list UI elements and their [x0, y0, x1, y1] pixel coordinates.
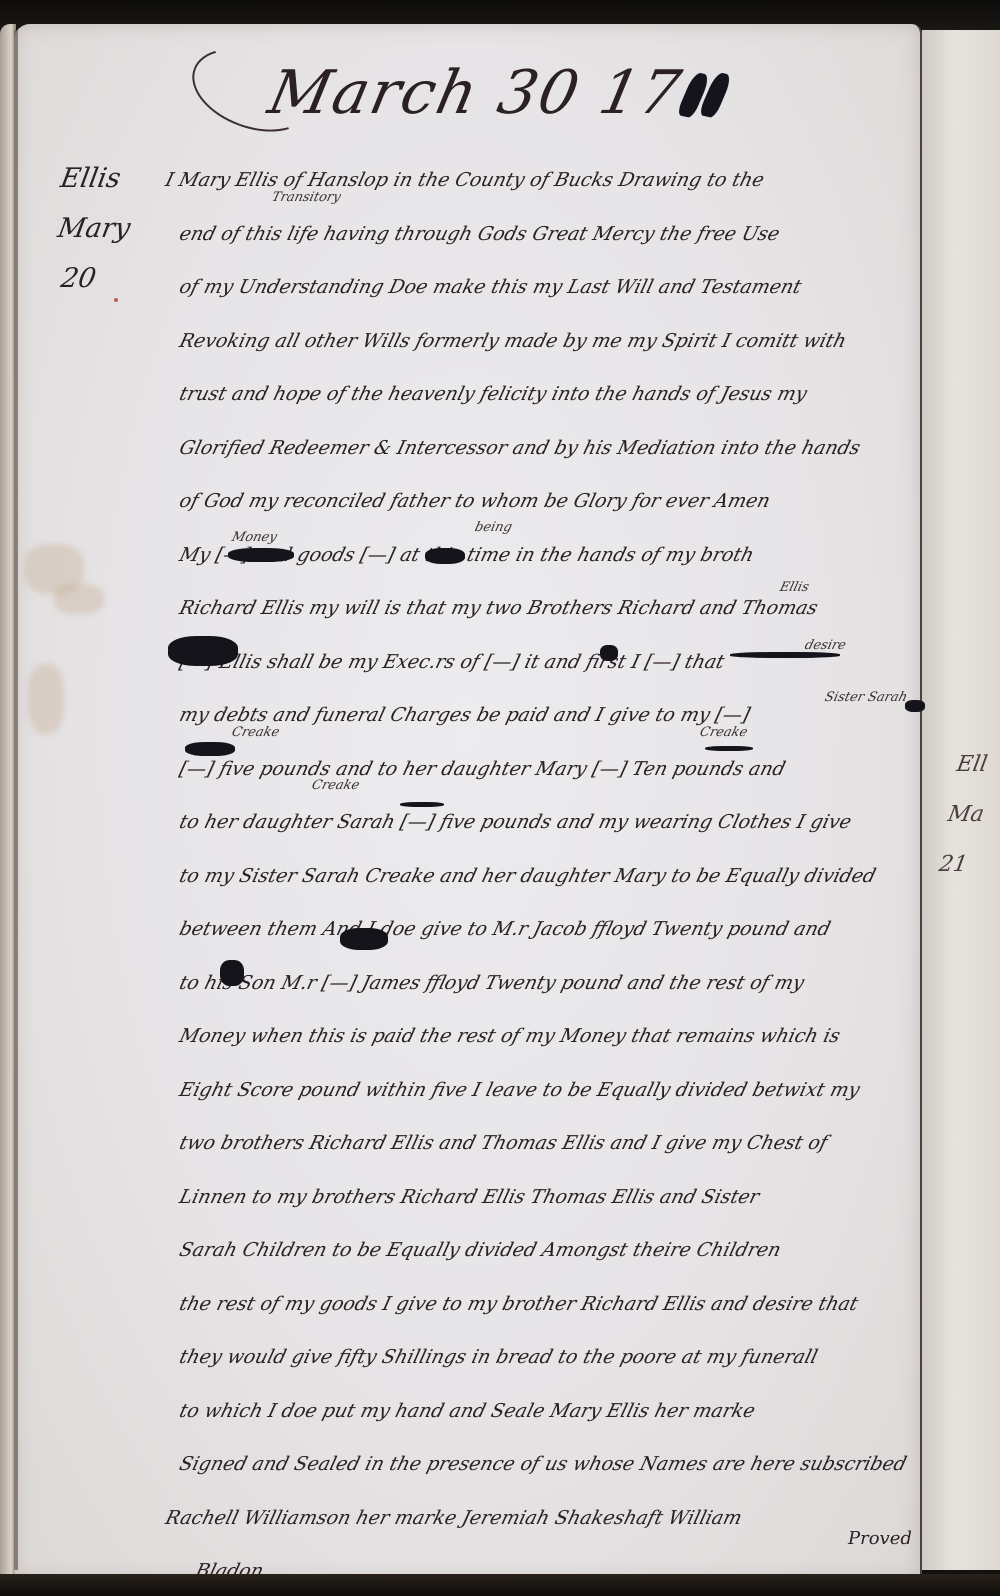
water-stain [28, 664, 64, 734]
text-line: to her daughter Sarah [—] five pounds an… [160, 792, 933, 846]
interlinear-insertion: being [473, 520, 514, 535]
text-line: Revoking all other Wills formerly made b… [160, 311, 933, 365]
will-text: I Mary Ellis of Hanslop in the County of… [160, 150, 920, 1595]
ink-strikethrough [730, 652, 840, 658]
ink-redaction [228, 548, 294, 562]
text-line: Money when this is paid the rest of my M… [160, 1006, 933, 1060]
text-line: [—] five pounds and to her daughter Mary… [160, 739, 933, 793]
ink-blot [340, 928, 388, 950]
heading-text: March 30 17 [263, 58, 689, 128]
ink-strikethrough [400, 802, 444, 807]
text-line: Richard Ellis my will is that my two Bro… [160, 578, 933, 632]
facing-margin-forename: Ma [944, 790, 1000, 840]
text-line: end of this life having through Gods Gre… [160, 204, 933, 258]
interlinear-insertion: Transitory [270, 190, 342, 205]
interlinear-insertion: desire [803, 638, 848, 653]
text-line: to his Son M.r [—] James ffloyd Twenty p… [160, 953, 933, 1007]
manuscript-scan: March 30 17 Ellis Mary 20 I Mary Ellis o… [0, 0, 1000, 1596]
water-stain [54, 584, 104, 614]
interlinear-insertion: Sister Sarah [823, 690, 909, 705]
facing-margin-surname: Ell [952, 740, 1000, 790]
page-heading-date: March 30 17 [263, 58, 733, 128]
text-line: the rest of my goods I give to my brothe… [160, 1274, 933, 1328]
text-line: Glorified Redeemer & Intercessor and by … [160, 418, 933, 472]
proved-mark: Proved [848, 1528, 912, 1549]
interlinear-insertion: Money [230, 530, 278, 545]
text-line: Linnen to my brothers Richard Ellis Thom… [160, 1167, 933, 1221]
margin-number: 20 [39, 254, 128, 304]
red-tick-mark [114, 298, 118, 302]
text-line: Signed and Sealed in the presence of us … [160, 1434, 933, 1488]
margin-surname: Ellis [56, 154, 145, 204]
text-line: to which I doe put my hand and Seale Mar… [160, 1381, 933, 1435]
ink-redaction [185, 742, 235, 756]
text-line: of God my reconciled father to whom be G… [160, 471, 933, 525]
facing-margin-number: 21 [935, 840, 994, 890]
interlinear-insertion: Creake [698, 725, 749, 740]
text-line: two brothers Richard Ellis and Thomas El… [160, 1113, 933, 1167]
interlinear-insertion: Creake [230, 725, 281, 740]
margin-forename: Mary [48, 204, 137, 254]
text-line: to my Sister Sarah Creake and her daught… [160, 846, 933, 900]
text-line: Eight Score pound within five I leave to… [160, 1060, 933, 1114]
text-line: of my Understanding Doe make this my Las… [160, 257, 933, 311]
book-bottom-edge [0, 1574, 1000, 1596]
interlinear-insertion: Ellis [778, 580, 810, 595]
text-line: Rachell Williamson her marke Jeremiah Sh… [160, 1488, 933, 1542]
interlinear-insertion: Creake [310, 778, 361, 793]
text-line: they would give fifty Shillings in bread… [160, 1327, 933, 1381]
ink-redaction [168, 636, 238, 666]
ink-redaction [425, 548, 465, 564]
ink-strikethrough [705, 746, 753, 751]
ink-redaction [905, 700, 925, 712]
text-line: between them And I doe give to M.r Jacob… [160, 899, 933, 953]
ink-redaction [600, 645, 618, 661]
ink-blot [220, 960, 244, 986]
text-line: trust and hope of the heavenly felicity … [160, 364, 933, 418]
text-line: Sarah Children to be Equally divided Amo… [160, 1220, 933, 1274]
